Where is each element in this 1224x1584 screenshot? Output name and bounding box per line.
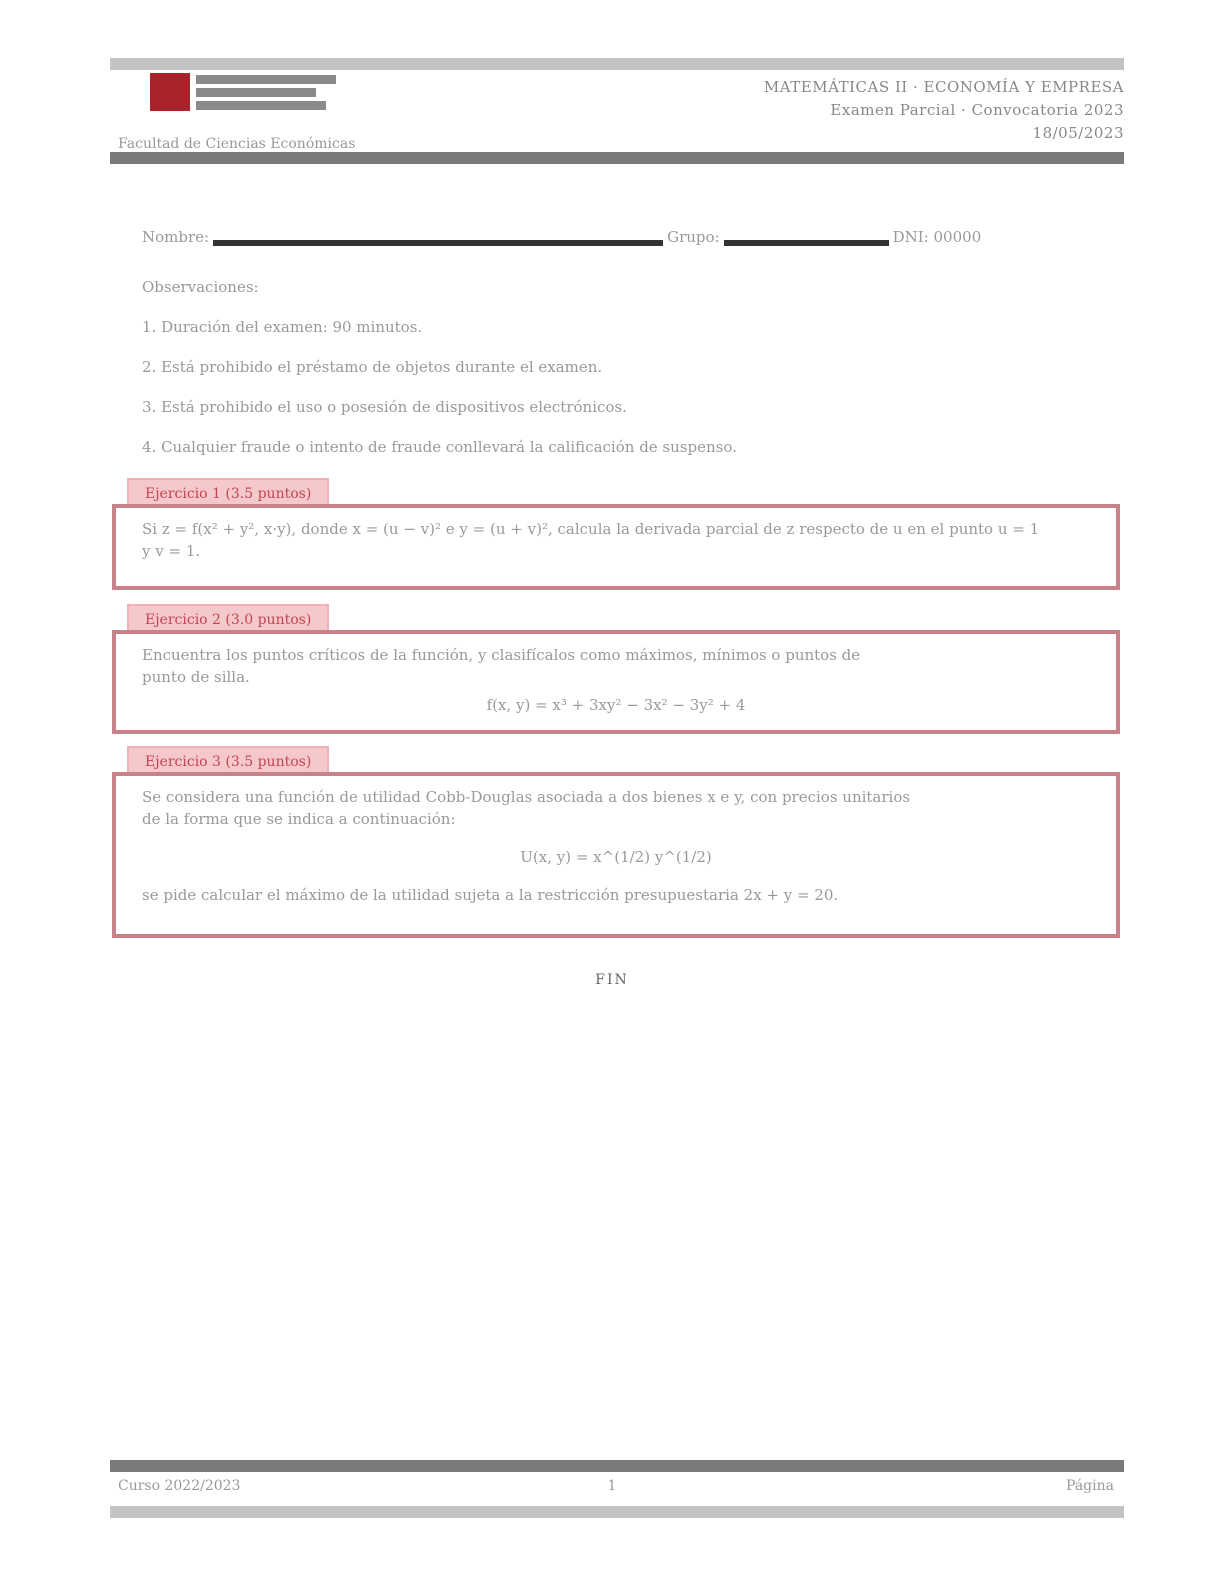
footer-top-bar — [110, 1460, 1124, 1472]
observation-item: 4. Cualquier fraude o intento de fraude … — [142, 438, 737, 456]
end-marker: FIN — [0, 972, 1224, 988]
exam-header-info: MATEMÁTICAS II · ECONOMÍA Y EMPRESA Exam… — [764, 76, 1124, 145]
header-bottom-bar — [110, 152, 1124, 164]
university-logo — [150, 68, 340, 116]
student-info-row: Nombre: Grupo: DNI: 00000 — [142, 228, 981, 246]
exercise-2-box: Encuentra los puntos críticos de la func… — [112, 630, 1120, 734]
observation-item: 1. Duración del examen: 90 minutos. — [142, 318, 422, 336]
footer-page-label: Página — [1066, 1478, 1114, 1494]
exercise-1-box: Si z = f(x² + y², x·y), donde x = (u − v… — [112, 504, 1120, 590]
exercise-3-box: Se considera una función de utilidad Cob… — [112, 772, 1120, 938]
logo-mark-icon — [150, 73, 190, 111]
observation-item: 2. Está prohibido el préstamo de objetos… — [142, 358, 602, 376]
faculty-name: Facultad de Ciencias Económicas — [118, 136, 355, 152]
name-field[interactable] — [213, 240, 663, 246]
page-number: 1 — [0, 1478, 1224, 1494]
group-field[interactable] — [724, 240, 889, 246]
observation-item: 3. Está prohibido el uso o posesión de d… — [142, 398, 627, 416]
observations-title: Observaciones: — [142, 278, 259, 296]
footer-bottom-bar — [110, 1506, 1124, 1518]
